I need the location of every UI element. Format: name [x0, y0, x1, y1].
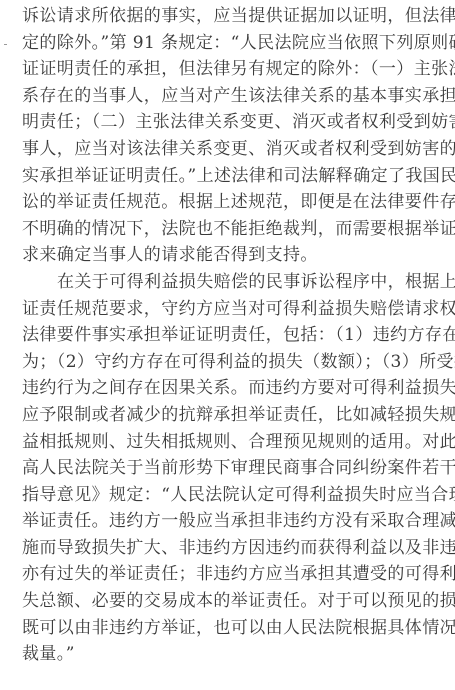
text-line: 系存在的当事人，应当对产生该法律关系的基本事实承担举证证 [22, 83, 442, 110]
text-line: 失总额、必要的交易成本的举证责任。对于可以预见的损失， [22, 588, 442, 615]
text-line: 明责任；（二）主张法律关系变更、消灭或者权利受到妨害的当 [22, 109, 442, 136]
text-line: 诉讼请求所依据的事实，应当提供证据加以证明，但法律另有规 [22, 3, 442, 30]
text-line: 事人，应当对该法律关系变更、消灭或者权利受到妨害的基本事 [22, 136, 442, 163]
text-line: 益相抵规则、过失相抵规则、合理预见规则的适用。对此，《最 [22, 429, 442, 456]
text-line: 举证责任。违约方一般应当承担非违约方没有采取合理减损措 [22, 508, 442, 535]
text-line: 施而导致损失扩大、非违约方因违约而获得利益以及非违约方 [22, 535, 442, 562]
margin-mark [4, 44, 7, 45]
text-line: 亦有过失的举证责任；非违约方应当承担其遭受的可得利益损 [22, 561, 442, 588]
text-line: 讼的举证责任规范。根据上述规范，即便是在法律要件存在与否 [22, 189, 442, 216]
text-line: 应予限制或者减少的抗辩承担举证责任，比如减轻损失规则、损 [22, 402, 442, 429]
text-line: 实承担举证证明责任。”上述法律和司法解释确定了我国民事诉 [22, 163, 442, 190]
text-line: 定的除外。”第 91 条规定：“人民法院应当依照下列原则确定举 [22, 30, 442, 57]
text-line: 指导意见》规定：“人民法院认定可得利益损失时应当合理分配 [22, 482, 442, 509]
text-line: 不明确的情况下，法院也不能拒绝裁判，而需要根据举证责任要 [22, 216, 442, 243]
text-line: 法律要件事实承担举证证明责任，包括：（1）违约方存在违约行 [22, 322, 442, 349]
text-line: 裁量。” [22, 641, 442, 668]
text-line: 为；（2）守约方存在可得利益的损失（数额）；（3）所受损失和 [22, 349, 442, 376]
text-line: 证责任规范要求，守约方应当对可得利益损失赔偿请求权产生的 [22, 296, 442, 323]
paragraph-2: 在关于可得利益损失赔偿的民事诉讼程序中，根据上述举 证责任规范要求，守约方应当对… [22, 269, 442, 668]
text-line: 既可以由非违约方举证，也可以由人民法院根据具体情况予以 [22, 615, 442, 642]
paragraph-1: 诉讼请求所依据的事实，应当提供证据加以证明，但法律另有规 定的除外。”第 91 … [22, 3, 442, 269]
text-line: 证证明责任的承担，但法律另有规定的除外：（一）主张法律关 [22, 56, 442, 83]
text-line: 违约行为之间存在因果关系。而违约方要对可得利益损失赔偿额 [22, 375, 442, 402]
text-line: 在关于可得利益损失赔偿的民事诉讼程序中，根据上述举 [22, 269, 442, 296]
text-line: 求来确定当事人的请求能否得到支持。 [22, 242, 442, 269]
text-line: 高人民法院关于当前形势下审理民商事合同纠纷案件若干问题的 [22, 455, 442, 482]
document-page: 诉讼请求所依据的事实，应当提供证据加以证明，但法律另有规 定的除外。”第 91 … [22, 3, 442, 668]
